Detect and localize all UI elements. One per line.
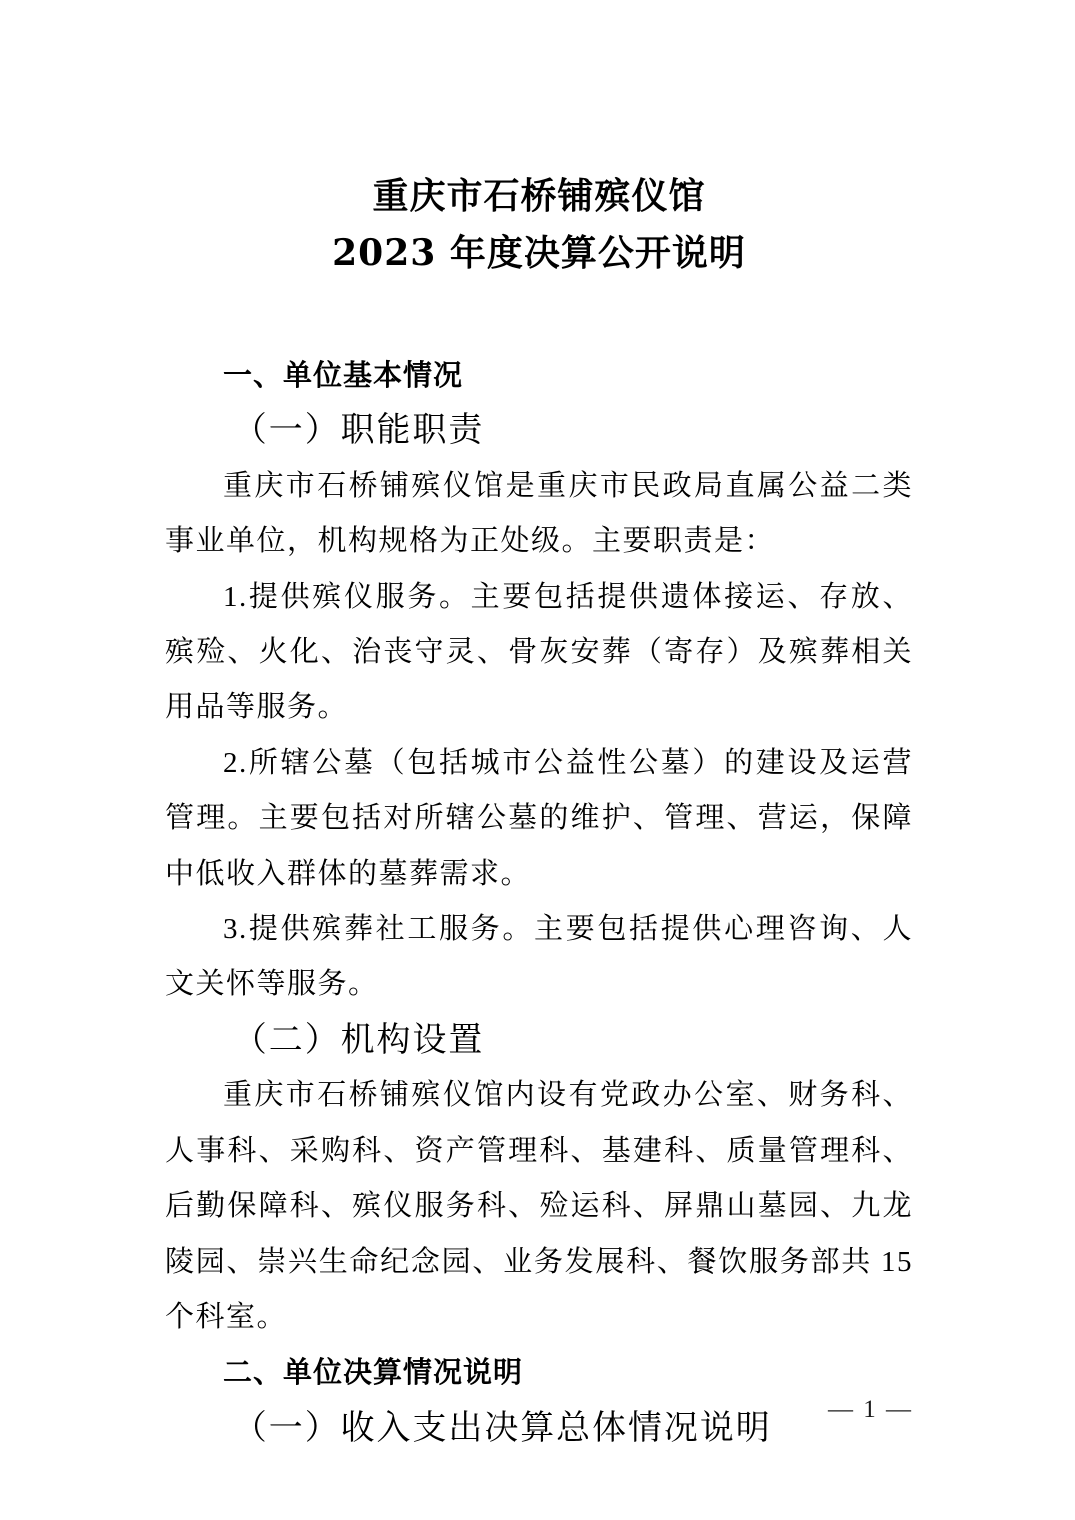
document-title-line1: 重庆市石桥铺殡仪馆 [165, 168, 913, 225]
paragraph-duty-3-social-work: 3.提供殡葬社工服务。主要包括提供心理咨询、人文关怀等服务。 [165, 902, 913, 1013]
section-heading-final-accounts: 二、单位决算情况说明 [165, 1345, 913, 1400]
subsection-heading-organization: （二）机构设置 [165, 1013, 913, 1068]
document-body: 一、单位基本情况 （一）职能职责 重庆市石桥铺殡仪馆是重庆市民政局直属公益二类事… [165, 348, 913, 1456]
paragraph-internal-departments: 重庆市石桥铺殡仪馆内设有党政办公室、财务科、人事科、采购科、资产管理科、基建科、… [165, 1068, 913, 1345]
paragraph-duty-2-cemetery-management: 2.所辖公墓（包括城市公益性公墓）的建设及运营管理。主要包括对所辖公墓的维护、管… [165, 736, 913, 902]
document-page: 重庆市石桥铺殡仪馆 2023 年度决算公开说明 一、单位基本情况 （一）职能职责… [0, 0, 1075, 1520]
paragraph-unit-overview: 重庆市石桥铺殡仪馆是重庆市民政局直属公益二类事业单位，机构规格为正处级。主要职责… [165, 459, 913, 570]
section-heading-unit-basic-info: 一、单位基本情况 [165, 348, 913, 403]
subsection-heading-income-expenditure: （一）收入支出决算总体情况说明 [165, 1401, 913, 1456]
page-number: — 1 — [828, 1396, 913, 1423]
document-title: 重庆市石桥铺殡仪馆 2023 年度决算公开说明 [165, 168, 913, 282]
document-title-line2: 2023 年度决算公开说明 [165, 225, 913, 282]
page-footer: — 1 — [828, 1396, 913, 1424]
paragraph-duty-1-funeral-services: 1.提供殡仪服务。主要包括提供遗体接运、存放、殡殓、火化、治丧守灵、骨灰安葬（寄… [165, 570, 913, 736]
subsection-heading-duties: （一）职能职责 [165, 403, 913, 458]
